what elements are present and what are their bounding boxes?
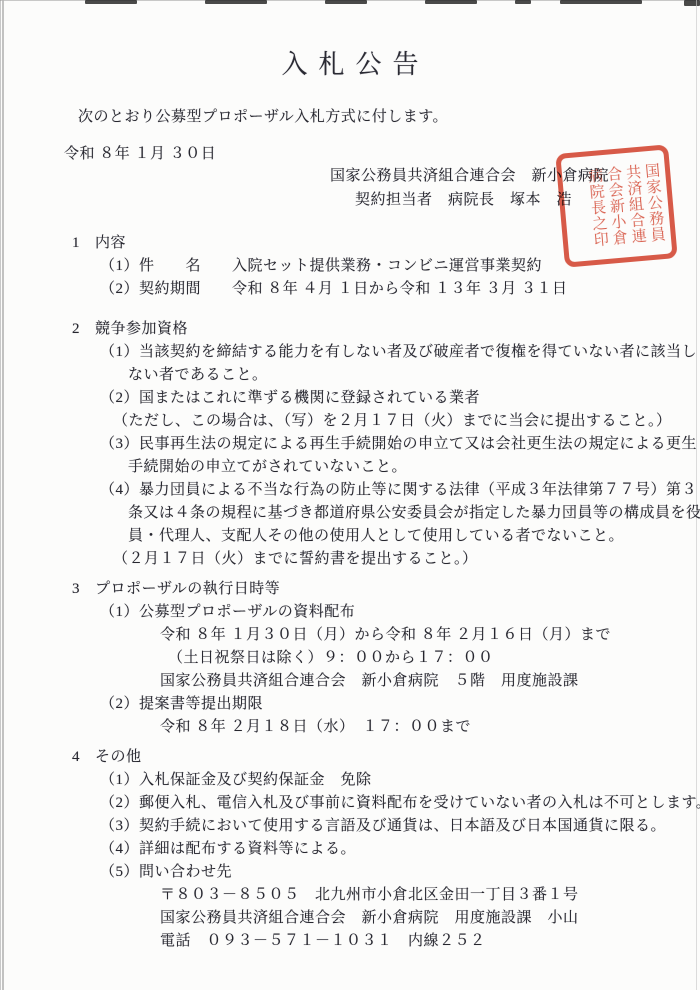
doc-line: （1）入札保証金及び契約保証金 免除	[100, 769, 372, 792]
section-heading: 3プロポーザルの執行日時等	[72, 578, 280, 601]
doc-line: 電話 ０９３－５７１－１０３１ 内線２５２	[160, 930, 486, 953]
scan-artifact	[85, 0, 137, 4]
doc-line: （2）契約期間 令和 ８年 ４月 １日から令和 １３年 ３月 ３１日	[100, 278, 568, 301]
section-number: 1	[72, 235, 80, 251]
doc-line: （1）公募型プロポーザルの資料配布	[100, 601, 355, 624]
section-number: 3	[72, 581, 80, 597]
doc-line: 国家公務員共済組合連合会 新小倉病院 用度施設課 小山	[160, 907, 579, 930]
section-title: 内容	[95, 235, 126, 251]
doc-line: （2）提案書等提出期限	[100, 693, 263, 716]
doc-line: （4）詳細は配布する資料等による。	[100, 838, 356, 861]
doc-line: （1）当該契約を締結する能力を有しない者及び破産者で復権を得ていない者に該当し	[100, 341, 697, 364]
scan-artifact	[684, 0, 700, 6]
doc-line: 員・代理人、支配人その他の使用人として使用している者でないこと。	[128, 525, 624, 548]
doc-line: （5）問い合わせ先	[100, 861, 232, 884]
doc-line: （2）郵便入札、電信入札及び事前に資料配布を受けていない者の入札は不可とします。	[100, 792, 700, 815]
page-title: 入札公告	[0, 44, 700, 81]
doc-line: （3）契約手続において使用する言語及び通貨は、日本語及び日本国通貨に限る。	[100, 815, 666, 838]
scan-artifact	[515, 0, 531, 4]
doc-line: （1）件 名 入院セット提供業務・コンビニ運営事業契約	[100, 255, 542, 278]
section-heading: 1内容	[72, 232, 126, 255]
doc-line: 手続開始の申立てがされていないこと。	[128, 456, 407, 479]
section-title: その他	[95, 749, 142, 765]
doc-line: （ただし、この場合は、（写）を２月１７日（火）までに当会に提出すること。）	[113, 410, 672, 433]
scan-artifact	[425, 0, 477, 4]
doc-line: 令和 ８年 ２月１８日（水） １７：００まで	[160, 716, 471, 739]
section-heading: 2競争参加資格	[72, 318, 188, 341]
intro-line: 次のとおり公募型プロポーザル入札方式に付します。	[78, 106, 448, 129]
doc-line: （２月１７日（火）までに誓約書を提出すること。）	[113, 548, 478, 571]
issue-date: 令和 ８年 １月 ３０日	[64, 143, 216, 166]
doc-line: 〒８０３－８５０５ 北九州市小倉北区金田一丁目３番１号	[160, 884, 579, 907]
doc-line: （3）民事再生法の規定による再生手続開始の申立て又は会社更生法の規定による更生	[100, 433, 697, 456]
doc-line: ない者であること。	[128, 364, 268, 387]
section-title: 競争参加資格	[95, 321, 188, 337]
section-heading: 4その他	[72, 746, 142, 769]
scan-artifact	[0, 0, 1, 990]
doc-line: （4）暴力団員による不当な行為の防止等に関する法律（平成３年法律第７７号）第３	[100, 479, 697, 502]
section-title: プロポーザルの執行日時等	[95, 581, 280, 597]
official-seal: 国家公務員 共済組合連 合会新小倉 病院長之印	[555, 144, 678, 267]
doc-line: （土日祝祭日は除く）９：００から１７：００	[168, 647, 494, 670]
scanned-document-page: 入札公告 次のとおり公募型プロポーザル入札方式に付します。 令和 ８年 １月 ３…	[0, 0, 700, 990]
doc-line: 令和 ８年 １月３０日（月）から令和 ８年 ２月１６日（月）まで	[160, 624, 611, 647]
doc-line: 国家公務員共済組合連合会 新小倉病院 ５階 用度施設課	[160, 670, 579, 693]
section-number: 4	[72, 749, 80, 765]
issuer-officer: 契約担当者 病院長 塚本 浩	[355, 189, 572, 212]
scan-artifact	[2, 0, 4, 990]
scan-artifact	[560, 0, 642, 4]
section-number: 2	[72, 321, 80, 337]
doc-line: （2）国またはこれに準ずる機関に登録されている業者	[100, 387, 480, 410]
doc-line: 条又は４条の規程に基づき都道府県公安委員会が指定した暴力団員等の構成員を役	[128, 502, 700, 525]
scan-artifact	[325, 0, 367, 4]
scan-artifact	[205, 0, 267, 4]
